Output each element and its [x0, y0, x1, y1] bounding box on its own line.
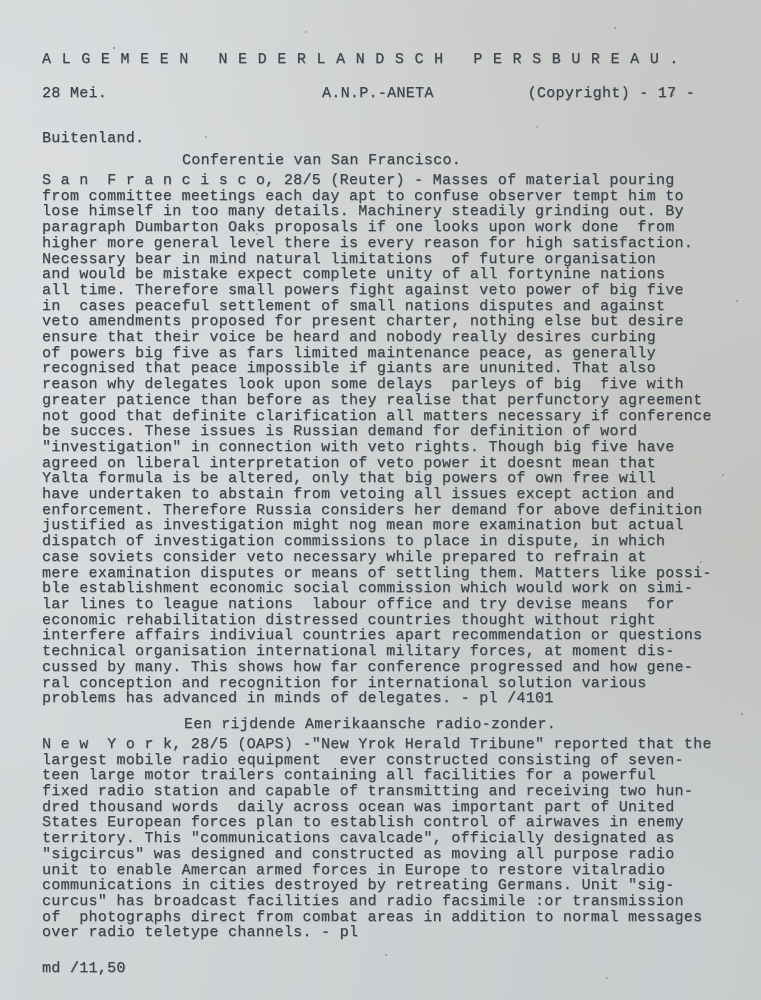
- typist-reference-note: md /11,50: [42, 961, 731, 977]
- article-body: N e w Y o r k, 28/5 (OAPS) -"New Yrok He…: [42, 737, 731, 941]
- article-san-francisco-conference: Conferentie van San Francisco. S a n F r…: [42, 153, 731, 707]
- section-label: Buitenland.: [42, 131, 731, 147]
- press-bureau-masthead: A L G E M E E N N E D E R L A N D S C H …: [42, 52, 731, 68]
- date-label: 28 Mei.: [42, 86, 107, 102]
- article-american-radio-transmitter: Een rijdende Amerikaansche radio-zonder.…: [42, 717, 731, 941]
- agency-label: A.N.P.-ANETA: [322, 86, 434, 102]
- page-content: A L G E M E E N N E D E R L A N D S C H …: [0, 0, 761, 977]
- article-body: S a n F r a n c i s c o, 28/5 (Reuter) -…: [42, 173, 731, 707]
- article-heading: Een rijdende Amerikaansche radio-zonder.: [184, 717, 731, 733]
- scanned-document-page: A L G E M E E N N E D E R L A N D S C H …: [0, 0, 761, 1000]
- copyright-page-label: (Copyright) - 17 -: [528, 86, 695, 102]
- document-meta-row: 28 Mei. A.N.P.-ANETA (Copyright) - 17 -: [42, 86, 731, 102]
- article-heading: Conferentie van San Francisco.: [182, 153, 731, 169]
